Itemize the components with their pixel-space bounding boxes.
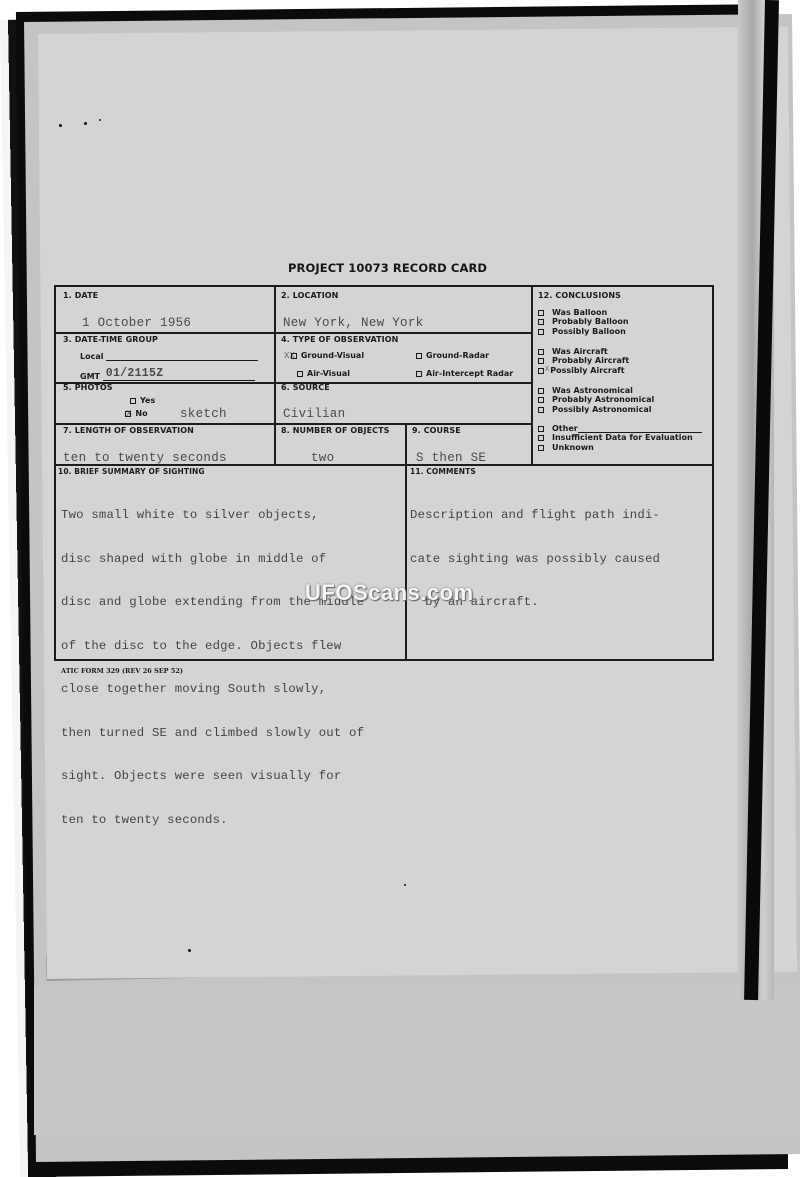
summary-line: sight. Objects were seen visually for (61, 769, 364, 784)
option-label: Air-Intercept Radar (426, 369, 513, 378)
other-underline (578, 424, 702, 433)
type-of-observation-label: 4. TYPE OF OBSERVATION (281, 335, 398, 344)
checkbox-icon[interactable] (130, 398, 136, 404)
conclusions-group-other: Other Insufficient Data for Evaluation U… (538, 424, 702, 452)
conclusions-group-astronomical: Was Astronomical Probably Astronomical P… (538, 386, 654, 414)
local-label: Local (80, 352, 103, 361)
checkbox-icon[interactable] (538, 388, 544, 394)
checkbox-icon[interactable] (538, 368, 544, 374)
checkbox-icon[interactable] (538, 445, 544, 451)
brief-summary-label: 10. BRIEF SUMMARY OF SIGHTING (58, 467, 205, 476)
comment-line: Description and flight path indi- (410, 508, 660, 523)
checkbox-icon[interactable] (538, 358, 544, 364)
option-label: Air-Visual (307, 369, 350, 378)
option-possibly-astronomical[interactable]: Possibly Astronomical (538, 405, 654, 414)
option-was-astronomical[interactable]: Was Astronomical (538, 386, 654, 395)
option-ground-visual[interactable]: XXGround-Visual (284, 351, 364, 361)
field-length-of-observation: 7. LENGTH OF OBSERVATION ten to twenty s… (56, 424, 274, 464)
summary-line: of the disc to the edge. Objects flew (61, 639, 364, 654)
option-label: No (135, 409, 147, 418)
option-other[interactable]: Other (538, 424, 702, 433)
summary-line: disc shaped with globe in middle of (61, 552, 364, 567)
form-footer: ATIC FORM 329 (REV 26 SEP 52) (61, 667, 183, 675)
comments-text: Description and flight path indi- cate s… (410, 479, 660, 639)
option-label: Was Astronomical (552, 386, 633, 395)
location-value: New York, New York (283, 316, 423, 330)
checkbox-icon[interactable] (538, 329, 544, 335)
comments-label: 11. COMMENTS (410, 467, 476, 476)
local-value (106, 351, 258, 361)
option-label: Probably Balloon (552, 317, 629, 326)
summary-line: ten to twenty seconds. (61, 813, 364, 828)
location-label: 2. LOCATION (281, 291, 338, 300)
checkbox-icon[interactable] (416, 353, 422, 359)
conclusions-group-aircraft: Was Aircraft Probably Aircraft XPossibly… (538, 347, 629, 375)
checkbox-icon[interactable] (291, 353, 297, 359)
option-photos-no[interactable]: XNo (126, 409, 148, 419)
summary-line: then turned SE and climbed slowly out of (61, 726, 364, 741)
field-number-of-objects: 8. NUMBER OF OBJECTS two (275, 424, 405, 464)
photos-note: sketch (180, 407, 227, 421)
checkbox-icon[interactable] (538, 435, 544, 441)
option-label: Insufficient Data for Evaluation (552, 433, 693, 442)
local-time-row: Local (80, 351, 258, 361)
option-photos-yes[interactable]: Yes (130, 396, 155, 405)
field-photos: 5. PHOTOS Yes XNo sketch (56, 383, 274, 423)
option-ground-radar[interactable]: Ground-Radar (416, 351, 489, 360)
length-of-observation-value: ten to twenty seconds (63, 451, 227, 465)
checkbox-icon[interactable] (297, 371, 303, 377)
gmt-time-row: GMT 01/2115Z (80, 367, 255, 381)
typed-x-mark: X (545, 366, 549, 375)
checkbox-icon[interactable] (125, 411, 131, 417)
option-label: Possibly Aircraft (550, 366, 624, 375)
date-value: 1 October 1956 (82, 316, 191, 330)
field-type-of-observation: 4. TYPE OF OBSERVATION XXGround-Visual G… (275, 333, 531, 383)
gmt-label: GMT (80, 372, 100, 381)
option-label: Unknown (552, 443, 594, 452)
conclusions-label: 12. CONCLUSIONS (538, 291, 621, 300)
option-possibly-balloon[interactable]: Possibly Balloon (538, 327, 629, 336)
field-comments: 11. COMMENTS Description and flight path… (406, 465, 714, 661)
option-probably-astronomical[interactable]: Probably Astronomical (538, 395, 654, 404)
field-location: 2. LOCATION New York, New York (275, 287, 531, 332)
source-label: 6. SOURCE (281, 383, 330, 392)
field-source: 6. SOURCE Civilian (275, 383, 531, 423)
checkbox-icon[interactable] (538, 426, 544, 432)
option-was-aircraft[interactable]: Was Aircraft (538, 347, 629, 356)
option-label: Ground-Visual (301, 351, 364, 360)
field-date-time-group: 3. DATE-TIME GROUP Local GMT 01/2115Z (56, 333, 274, 383)
summary-line: close together moving South slowly, (61, 682, 364, 697)
comment-line: cate sighting was possibly caused (410, 552, 660, 567)
date-label: 1. DATE (63, 291, 98, 300)
option-probably-balloon[interactable]: Probably Balloon (538, 317, 629, 326)
option-air-visual[interactable]: Air-Visual (297, 369, 350, 378)
checkbox-icon[interactable] (538, 310, 544, 316)
gmt-value: 01/2115Z (106, 367, 164, 380)
option-label: Possibly Balloon (552, 327, 626, 336)
checkbox-icon[interactable] (538, 349, 544, 355)
photos-label: 5. PHOTOS (63, 383, 113, 392)
option-unknown[interactable]: Unknown (538, 443, 702, 452)
card-title: PROJECT 10073 RECORD CARD (288, 261, 487, 275)
option-air-intercept-radar[interactable]: Air-Intercept Radar (416, 369, 513, 378)
dust-speck (84, 122, 87, 125)
length-of-observation-label: 7. LENGTH OF OBSERVATION (63, 426, 194, 435)
option-label: Ground-Radar (426, 351, 489, 360)
field-brief-summary: 10. BRIEF SUMMARY OF SIGHTING Two small … (56, 465, 405, 661)
gmt-underline: 01/2115Z (103, 367, 255, 381)
option-probably-aircraft[interactable]: Probably Aircraft (538, 356, 629, 365)
field-date: 1. DATE 1 October 1956 (56, 287, 274, 332)
option-insufficient-data[interactable]: Insufficient Data for Evaluation (538, 433, 702, 442)
number-of-objects-value: two (311, 451, 334, 465)
course-value: S then SE (416, 451, 486, 465)
option-label: Probably Aircraft (552, 356, 629, 365)
source-value: Civilian (283, 407, 345, 421)
option-label: Was Balloon (552, 308, 607, 317)
summary-line: Two small white to silver objects, (61, 508, 364, 523)
checkbox-icon[interactable] (538, 397, 544, 403)
field-course: 9. COURSE S then SE (406, 424, 531, 464)
option-was-balloon[interactable]: Was Balloon (538, 308, 629, 317)
checkbox-icon[interactable] (538, 319, 544, 325)
dust-speck (188, 949, 191, 952)
option-label: Possibly Astronomical (552, 405, 651, 414)
option-label: Other (552, 424, 578, 433)
checkbox-icon[interactable] (416, 371, 422, 377)
field-conclusions: 12. CONCLUSIONS Was Balloon Probably Bal… (532, 287, 714, 464)
option-label: Probably Astronomical (552, 395, 654, 404)
checkbox-icon[interactable] (538, 407, 544, 413)
dust-speck (404, 884, 406, 886)
date-time-group-label: 3. DATE-TIME GROUP (63, 335, 158, 344)
course-label: 9. COURSE (412, 426, 461, 435)
number-of-objects-label: 8. NUMBER OF OBJECTS (281, 426, 390, 435)
dust-speck (59, 124, 62, 127)
dust-speck (99, 119, 101, 121)
option-possibly-aircraft[interactable]: XPossibly Aircraft (538, 366, 629, 375)
option-label: Was Aircraft (552, 347, 608, 356)
conclusions-group-balloon: Was Balloon Probably Balloon Possibly Ba… (538, 308, 629, 336)
option-label: Yes (140, 396, 155, 405)
scan-lower-area (34, 985, 800, 1135)
watermark: UFOScans.com (305, 580, 474, 606)
